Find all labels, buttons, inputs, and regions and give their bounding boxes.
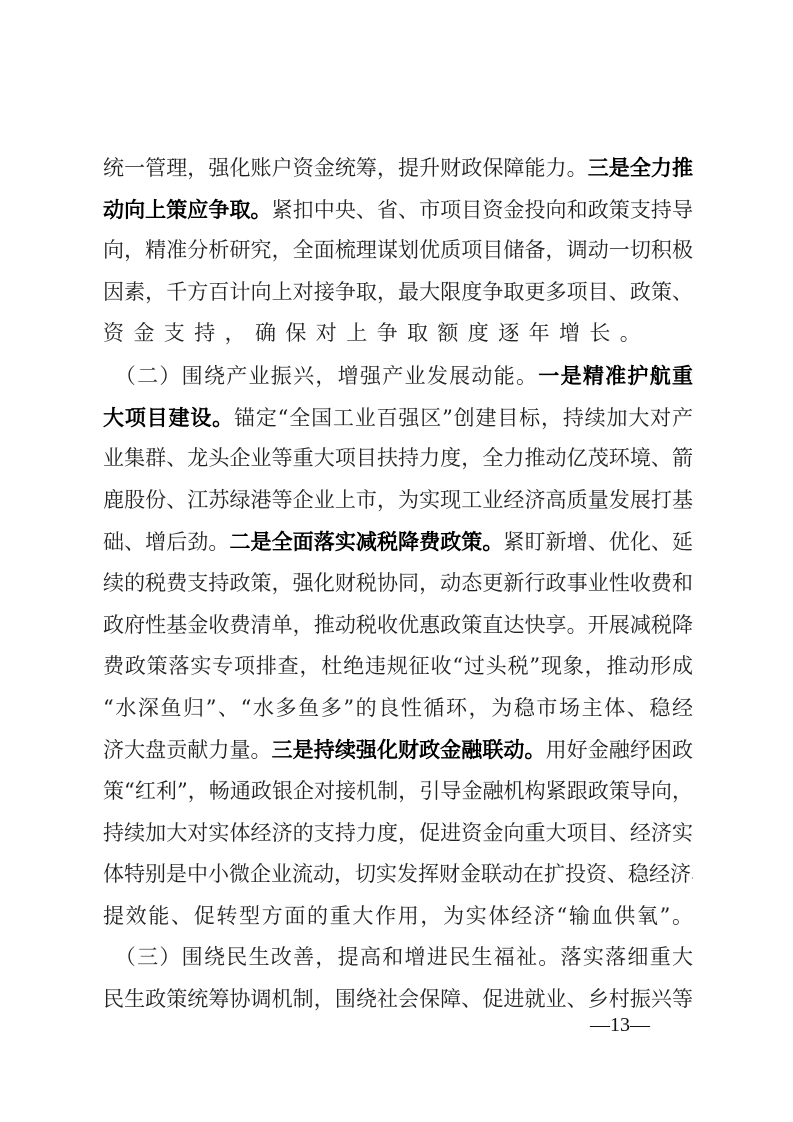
text-line: 鹿股份、江苏绿港等企业上市，为实现工业经济高质量发展打基 — [103, 480, 693, 522]
document-page: 统一管理，强化账户资金统筹，提升财政保障能力。三是全力推动向上策应争取。紧扣中央… — [0, 0, 793, 1122]
bold-heading-text: 三是持续强化财政金融联动。 — [272, 737, 546, 762]
bold-heading-text: 三是全力推 — [588, 155, 693, 180]
text-line: 向，精准分析研究，全面梳理谋划优质项目储备，调动一切积极 — [103, 230, 693, 272]
body-text-run: 体特别是中小微企业流动，切实发挥财金联动在扩投资、稳经济、 — [103, 862, 693, 886]
text-line: 大项目建设。锚定“全国工业百强区”创建目标，持续加大对产 — [103, 397, 693, 439]
text-line: 策“红利”，畅通政银企对接机制，引导金融机构紧跟政策导向， — [103, 771, 693, 813]
body-text-run: “水深鱼归”、“水多鱼多”的良性循环，为稳市场主体、稳经 — [103, 696, 693, 720]
text-line: 统一管理，强化账户资金统筹，提升财政保障能力。三是全力推 — [103, 147, 693, 189]
text-line: 础、增后劲。二是全面落实减税降费政策。紧盯新增、优化、延 — [103, 521, 693, 563]
body-text-run: 续的税费支持政策，强化财税协同，动态更新行政事业性收费和 — [103, 571, 693, 595]
body-text-run: 资金支持，确保对上争取额度逐年增长。 — [103, 321, 650, 345]
text-line: （二）围绕产业振兴，增强产业发展动能。一是精准护航重 — [103, 355, 693, 397]
body-text-run: 础、增后劲。 — [103, 530, 229, 554]
body-text-run: 提效能、促转型方面的重大作用，为实体经济“输血供氧”。 — [103, 904, 693, 928]
body-text-run: 紧盯新增、优化、延 — [503, 530, 693, 554]
text-line: 体特别是中小微企业流动，切实发挥财金联动在扩投资、稳经济、 — [103, 854, 693, 896]
bold-heading-text: 二是全面落实减税降费政策。 — [229, 529, 503, 554]
body-text-run: 鹿股份、江苏绿港等企业上市，为实现工业经济高质量发展打基 — [103, 488, 693, 512]
body-text-run: 费政策落实专项排查，杜绝违规征收“过头税”现象，推动形成 — [103, 654, 693, 678]
body-text-run: 用好金融纾困政 — [546, 738, 693, 762]
body-text-run: 因素，千方百计向上对接争取，最大限度争取更多项目、政策、 — [103, 280, 693, 304]
text-line: 费政策落实专项排查，杜绝违规征收“过头税”现象，推动形成 — [103, 646, 693, 688]
body-text-run: 济大盘贡献力量。 — [103, 738, 272, 762]
body-text-run: （三）围绕民生改善，提高和增进民生福祉。落实落细重大 — [103, 945, 693, 969]
page-number: —13— — [580, 1014, 660, 1037]
text-line: “水深鱼归”、“水多鱼多”的良性循环，为稳市场主体、稳经 — [103, 688, 693, 730]
text-line: 续的税费支持政策，强化财税协同，动态更新行政事业性收费和 — [103, 563, 693, 605]
text-line: 提效能、促转型方面的重大作用，为实体经济“输血供氧”。 — [103, 896, 693, 938]
body-text-run: （二）围绕产业振兴，增强产业发展动能。 — [103, 364, 538, 388]
text-line: 资金支持，确保对上争取额度逐年增长。 — [103, 313, 693, 355]
body-text-run: 锚定“全国工业百强区”创建目标，持续加大对产 — [234, 406, 693, 430]
body-text-run: 策“红利”，畅通政银企对接机制，引导金融机构紧跟政策导向， — [103, 779, 693, 803]
body-text-run: 政府性基金收费清单，推动税收优惠政策直达快享。开展减税降 — [103, 613, 693, 637]
text-line: （三）围绕民生改善，提高和增进民生福祉。落实落细重大 — [103, 937, 693, 979]
text-line: 因素，千方百计向上对接争取，最大限度争取更多项目、政策、 — [103, 272, 693, 314]
bold-heading-text: 动向上策应争取。 — [103, 197, 272, 222]
body-text-run: 向，精准分析研究，全面梳理谋划优质项目储备，调动一切积极 — [103, 238, 693, 262]
body-text-run: 民生政策统筹协调机制，围绕社会保障、促进就业、乡村振兴等 — [103, 987, 693, 1011]
bold-heading-text: 大项目建设。 — [103, 405, 234, 430]
body-text-run: 紧扣中央、省、市项目资金投向和政策支持导 — [272, 198, 693, 222]
bold-heading-text: 一是精准护航重 — [538, 363, 693, 388]
body-text-run: 统一管理，强化账户资金统筹，提升财政保障能力。 — [103, 156, 588, 180]
text-line: 业集群、龙头企业等重大项目扶持力度，全力推动亿茂环境、箭 — [103, 438, 693, 480]
document-body: 统一管理，强化账户资金统筹，提升财政保障能力。三是全力推动向上策应争取。紧扣中央… — [103, 147, 693, 1020]
text-line: 济大盘贡献力量。三是持续强化财政金融联动。用好金融纾困政 — [103, 729, 693, 771]
body-text-run: 业集群、龙头企业等重大项目扶持力度，全力推动亿茂环境、箭 — [103, 446, 693, 470]
text-line: 动向上策应争取。紧扣中央、省、市项目资金投向和政策支持导 — [103, 189, 693, 231]
body-text-run: 持续加大对实体经济的支持力度，促进资金向重大项目、经济实 — [103, 821, 693, 845]
text-line: 政府性基金收费清单，推动税收优惠政策直达快享。开展减税降 — [103, 605, 693, 647]
text-line: 持续加大对实体经济的支持力度，促进资金向重大项目、经济实 — [103, 813, 693, 855]
